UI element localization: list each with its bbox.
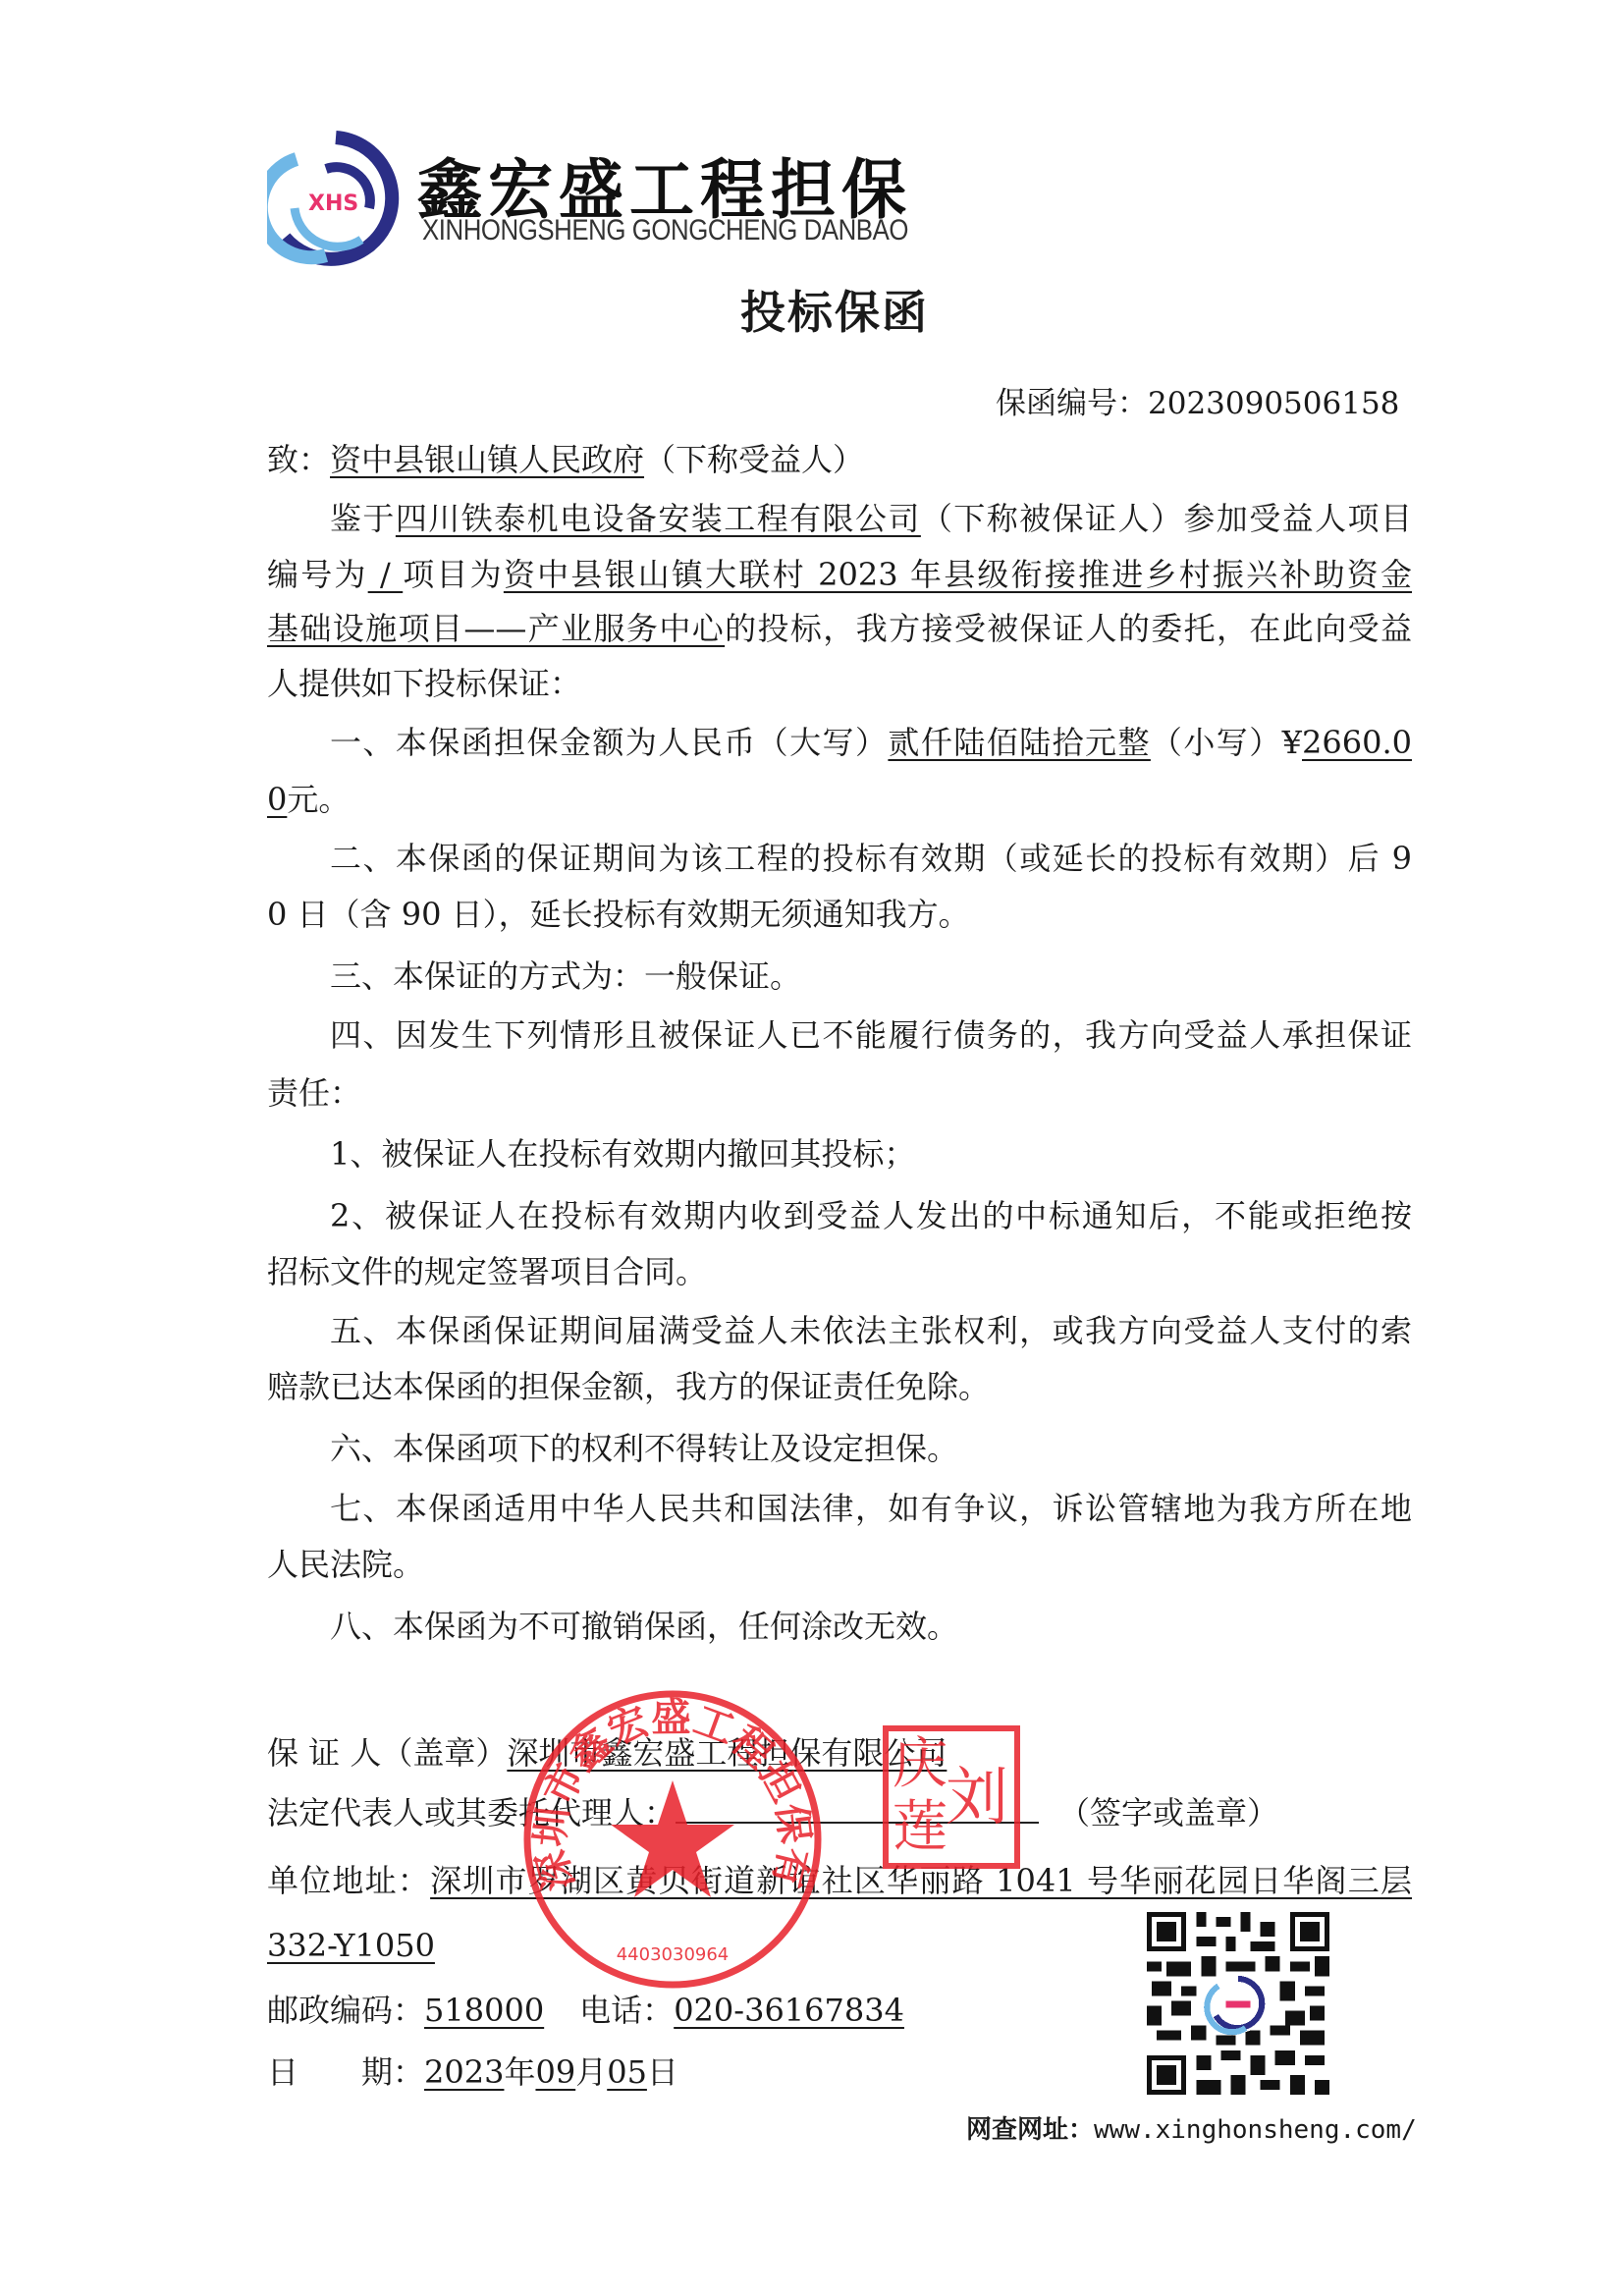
guarantee-number-value: 2023090506158 xyxy=(1148,386,1399,421)
clause-4-line-1: 四、因发生下列情形且被保证人已不能履行债务的，我方向受益人承担保证 xyxy=(267,1015,1412,1055)
applicant-name: 四川铁泰机电设备安装工程有限公司 xyxy=(396,500,921,537)
date-month: 09 xyxy=(535,2053,575,2091)
guarantor-line: 保 证 人（盖章）深圳市鑫宏盛工程担保有限公司 xyxy=(267,1733,1412,1773)
clause-4-item-2-line-2: 招标文件的规定签署项目合同。 xyxy=(267,1252,1412,1291)
clause-1-line-2: 0元。 xyxy=(267,780,1412,819)
verification-url-line: 网查网址：www.xinghonsheng.com/ xyxy=(966,2109,1417,2146)
address-line-1: 单位地址：深圳市罗湖区黄贝街道新谊社区华丽路 1041 号华丽花园日华阁三层 xyxy=(267,1861,1412,1900)
brand-name-en: XINHONGSHENG GONGCHENG DANBAO xyxy=(422,214,908,247)
svg-text:4403030964: 4403030964 xyxy=(617,1944,730,1965)
clause-5-line-2: 赔款已达本保函的担保金额，我方的保证责任免除。 xyxy=(267,1367,1412,1406)
phone: 020-36167834 xyxy=(674,1992,904,2029)
intro-line-3: 基础设施项目——产业服务中心的投标，我方接受被保证人的委托，在此向受益 xyxy=(267,609,1412,648)
addressee-line: 致：资中县银山镇人民政府（下称受益人） xyxy=(267,440,1412,479)
intro-line-2: 编号为 / 项目为资中县银山镇大联村 2023 年县级衔接推进乡村振兴补助资金 xyxy=(267,555,1412,594)
personal-seal-stamp: 刘 庆 莲 xyxy=(883,1725,1020,1869)
amount-in-words: 贰仟陆佰陆拾元整 xyxy=(888,724,1150,761)
amount-in-figures: 2660.0 xyxy=(1302,724,1412,761)
clause-4-item-1: 1、被保证人在投标有效期内撤回其投标； xyxy=(267,1134,1412,1174)
representative-line: 法定代表人或其委托代理人：（签字或盖章） xyxy=(267,1792,1412,1832)
beneficiary-name: 资中县银山镇人民政府 xyxy=(330,441,644,478)
clause-4-item-2-line-1: 2、被保证人在投标有效期内收到受益人发出的中标通知后，不能或拒绝按 xyxy=(267,1196,1412,1235)
clause-8: 八、本保函为不可撤销保函，任何涂改无效。 xyxy=(267,1607,1412,1646)
project-number: / xyxy=(368,556,404,593)
clause-2-line-2: 0 日（含 90 日），延长投标有效期无须通知我方。 xyxy=(267,895,1412,934)
intro-line-1: 鉴于四川铁泰机电设备安装工程有限公司（下称被保证人）参加受益人项目 xyxy=(267,499,1412,538)
project-name-cont: 基础设施项目——产业服务中心 xyxy=(267,610,725,647)
clause-3: 三、本保证的方式为：一般保证。 xyxy=(267,957,1412,996)
date-year: 2023 xyxy=(424,2053,504,2091)
clause-6: 六、本保函项下的权利不得转让及设定担保。 xyxy=(267,1429,1412,1468)
svg-text:XHS: XHS xyxy=(308,191,358,216)
company-logo-icon: XHS xyxy=(267,130,405,267)
clause-7-line-1: 七、本保函适用中华人民共和国法律，如有争议，诉讼管辖地为我方所在地 xyxy=(267,1489,1412,1528)
guarantee-number: 保函编号：2023090506158 xyxy=(996,378,1399,422)
document-title: 投标保函 xyxy=(740,277,929,342)
clause-2-line-1: 二、本保函的保证期间为该工程的投标有效期（或延长的投标有效期）后 9 xyxy=(267,839,1412,878)
postcode: 518000 xyxy=(424,1992,544,2029)
clause-7-line-2: 人民法院。 xyxy=(267,1545,1412,1584)
official-seal-stamp-icon: 深圳市鑫宏盛工程担保有限公司 4403030964 xyxy=(520,1687,825,1992)
clause-1-line-1: 一、本保函担保金额为人民币（大写）贰仟陆佰陆拾元整（小写）¥2660.0 xyxy=(267,723,1412,762)
date-day: 05 xyxy=(607,2053,647,2091)
clause-4-line-2: 责任： xyxy=(267,1073,1412,1113)
verification-qr-code[interactable] xyxy=(1147,1912,1329,2095)
clause-5-line-1: 五、本保函保证期间届满受益人未依法主张权利，或我方向受益人支付的索 xyxy=(267,1311,1412,1350)
intro-line-4: 人提供如下投标保证： xyxy=(267,664,1412,703)
verification-url-link[interactable]: www.xinghonsheng.com/ xyxy=(1094,2115,1417,2145)
project-name: 资中县银山镇大联村 2023 年县级衔接推进乡村振兴补助资金 xyxy=(504,556,1412,593)
